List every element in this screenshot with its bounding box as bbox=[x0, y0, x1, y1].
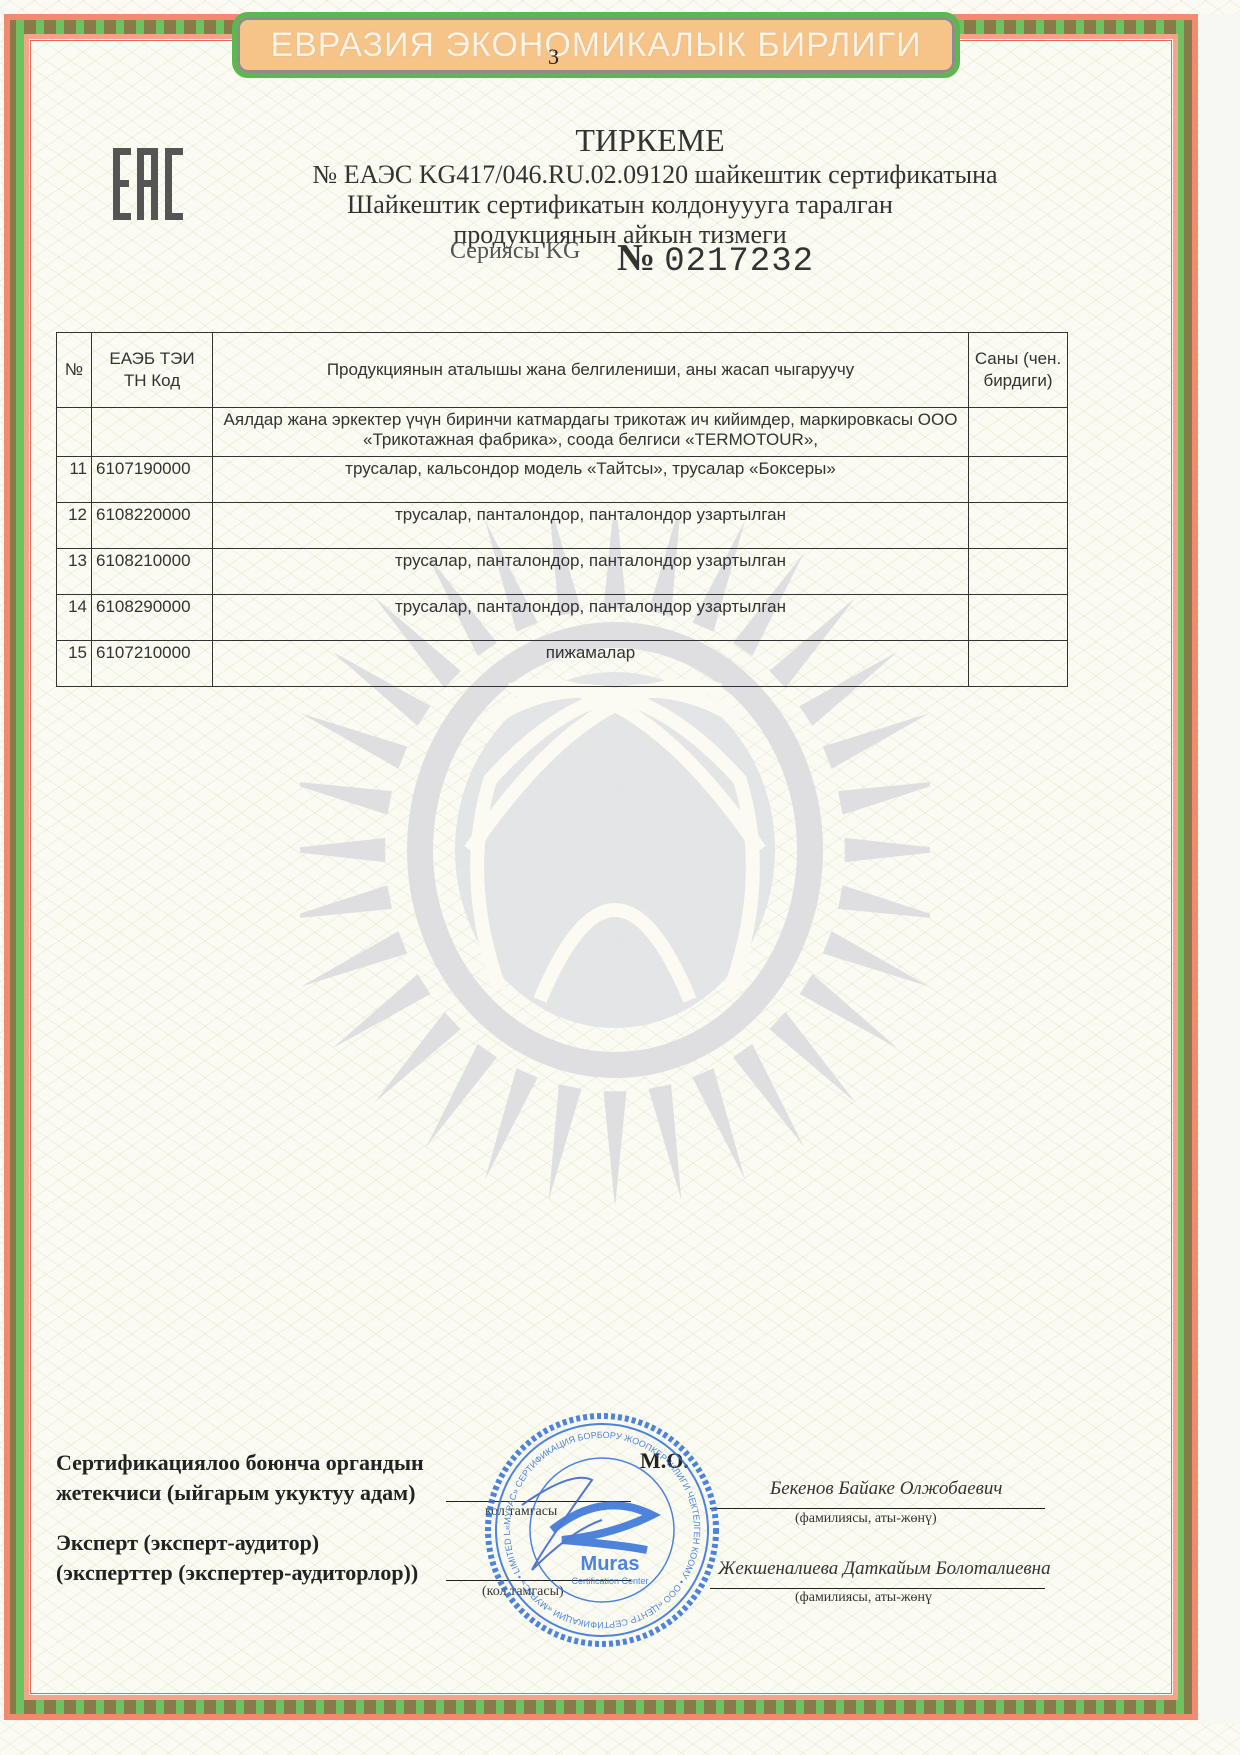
expert-name-line bbox=[710, 1588, 1045, 1589]
quantity bbox=[969, 595, 1068, 641]
tn-code: 6108290000 bbox=[92, 595, 213, 641]
quantity bbox=[969, 457, 1068, 503]
column-header-code: ЕАЭБ ТЭИ ТН Код bbox=[92, 333, 213, 408]
head-full-name: Бекенов Байаке Олжобаевич bbox=[770, 1478, 1002, 1500]
product-name: трусалар, кальсондор модель «Тайтсы», тр… bbox=[213, 457, 969, 503]
union-banner: ЕВРАЗИЯ ЭКОНОМИКАЛЫК БИРЛИГИ bbox=[232, 12, 960, 78]
cell-empty bbox=[57, 408, 92, 457]
table-header-row: № ЕАЭБ ТЭИ ТН Код Продукциянын аталышы ж… bbox=[57, 333, 1068, 408]
product-group-description: Аялдар жана эркектер үчүн биринчи катмар… bbox=[213, 408, 969, 457]
tn-code: 6108220000 bbox=[92, 503, 213, 549]
row-number: 15 bbox=[57, 641, 92, 687]
page-margin bbox=[1200, 14, 1240, 1724]
certificate-reference: № ЕАЭС KG417/046.RU.02.09120 шайкештик с… bbox=[0, 160, 1240, 190]
row-number: 13 bbox=[57, 549, 92, 595]
svg-text:Muras: Muras bbox=[581, 1553, 640, 1575]
product-name: трусалар, панталондор, панталондор узарт… bbox=[213, 549, 969, 595]
quantity bbox=[969, 503, 1068, 549]
tn-code: 6108210000 bbox=[92, 549, 213, 595]
document-title: ТИРКЕМЕ bbox=[0, 122, 1240, 159]
expert-label: Эксперт (эксперт-аудитор) (эксперттер (э… bbox=[56, 1528, 418, 1588]
table-row: 116107190000трусалар, кальсондор модель … bbox=[57, 457, 1068, 503]
expert-label-line-2: (эксперттер (экспертер-аудиторлор)) bbox=[56, 1558, 418, 1588]
cell-empty bbox=[92, 408, 213, 457]
row-number: 11 bbox=[57, 457, 92, 503]
expert-name-caption: (фамилиясы, аты-жөнү bbox=[795, 1590, 932, 1606]
product-name: пижамалар bbox=[213, 641, 969, 687]
series-label: Сериясы KG bbox=[450, 238, 580, 265]
head-label-line-2: жетекчиси (ыйгарым укуктуу адам) bbox=[56, 1478, 424, 1508]
column-header-qty: Саны (чен. бирдиги) bbox=[969, 333, 1068, 408]
head-name-line bbox=[710, 1508, 1045, 1509]
table-intro-row: Аялдар жана эркектер үчүн биринчи катмар… bbox=[57, 408, 1068, 457]
expert-full-name: Жекшеналиева Даткайым Болоталиевна bbox=[718, 1558, 1051, 1580]
company-seal-icon: «МУРАС» СЕРТИФИКАЦИЯ БОРБОРУ ЖООПКЕРЧИЛИ… bbox=[482, 1410, 722, 1650]
table-row: 156107210000пижамалар bbox=[57, 641, 1068, 687]
row-number: 12 bbox=[57, 503, 92, 549]
tn-code: 6107190000 bbox=[92, 457, 213, 503]
head-label-line-1: Сертификациялоо боюнча органдын bbox=[56, 1448, 424, 1478]
product-name: трусалар, панталондор, панталондор узарт… bbox=[213, 503, 969, 549]
serial-number-value: 0217232 bbox=[664, 243, 814, 281]
row-number: 14 bbox=[57, 595, 92, 641]
product-name: трусалар, панталондор, панталондор узарт… bbox=[213, 595, 969, 641]
products-table: № ЕАЭБ ТЭИ ТН Код Продукциянын аталышы ж… bbox=[56, 332, 1068, 687]
column-header-no: № bbox=[57, 333, 92, 408]
table-row: 126108220000трусалар, панталондор, панта… bbox=[57, 503, 1068, 549]
head-name-caption: (фамилиясы, аты-жөнү) bbox=[795, 1511, 937, 1527]
page-number: 3 bbox=[548, 44, 559, 70]
quantity bbox=[969, 641, 1068, 687]
column-header-name: Продукциянын аталышы жана белгилениши, а… bbox=[213, 333, 969, 408]
tn-code: 6107210000 bbox=[92, 641, 213, 687]
serial-number: №0217232 bbox=[617, 236, 814, 281]
table-row: 136108210000трусалар, панталондор, панта… bbox=[57, 549, 1068, 595]
cell-empty bbox=[969, 408, 1068, 457]
expert-label-line-1: Эксперт (эксперт-аудитор) bbox=[56, 1528, 418, 1558]
svg-text:«МУРАС» СЕРТИФИКАЦИЯ БОРБОРУ Ж: «МУРАС» СЕРТИФИКАЦИЯ БОРБОРУ ЖООПКЕРЧИЛИ… bbox=[482, 1410, 702, 1630]
svg-text:Certification Center: Certification Center bbox=[571, 1576, 648, 1586]
number-sign: № bbox=[617, 237, 656, 279]
table-row: 146108290000трусалар, панталондор, панта… bbox=[57, 595, 1068, 641]
quantity bbox=[969, 549, 1068, 595]
head-of-body-label: Сертификациялоо боюнча органдын жетекчис… bbox=[56, 1448, 424, 1508]
union-name: ЕВРАЗИЯ ЭКОНОМИКАЛЫК БИРЛИГИ bbox=[270, 26, 921, 65]
subtitle-line-2: Шайкештик сертификатын колдонуууга тарал… bbox=[0, 190, 1240, 220]
